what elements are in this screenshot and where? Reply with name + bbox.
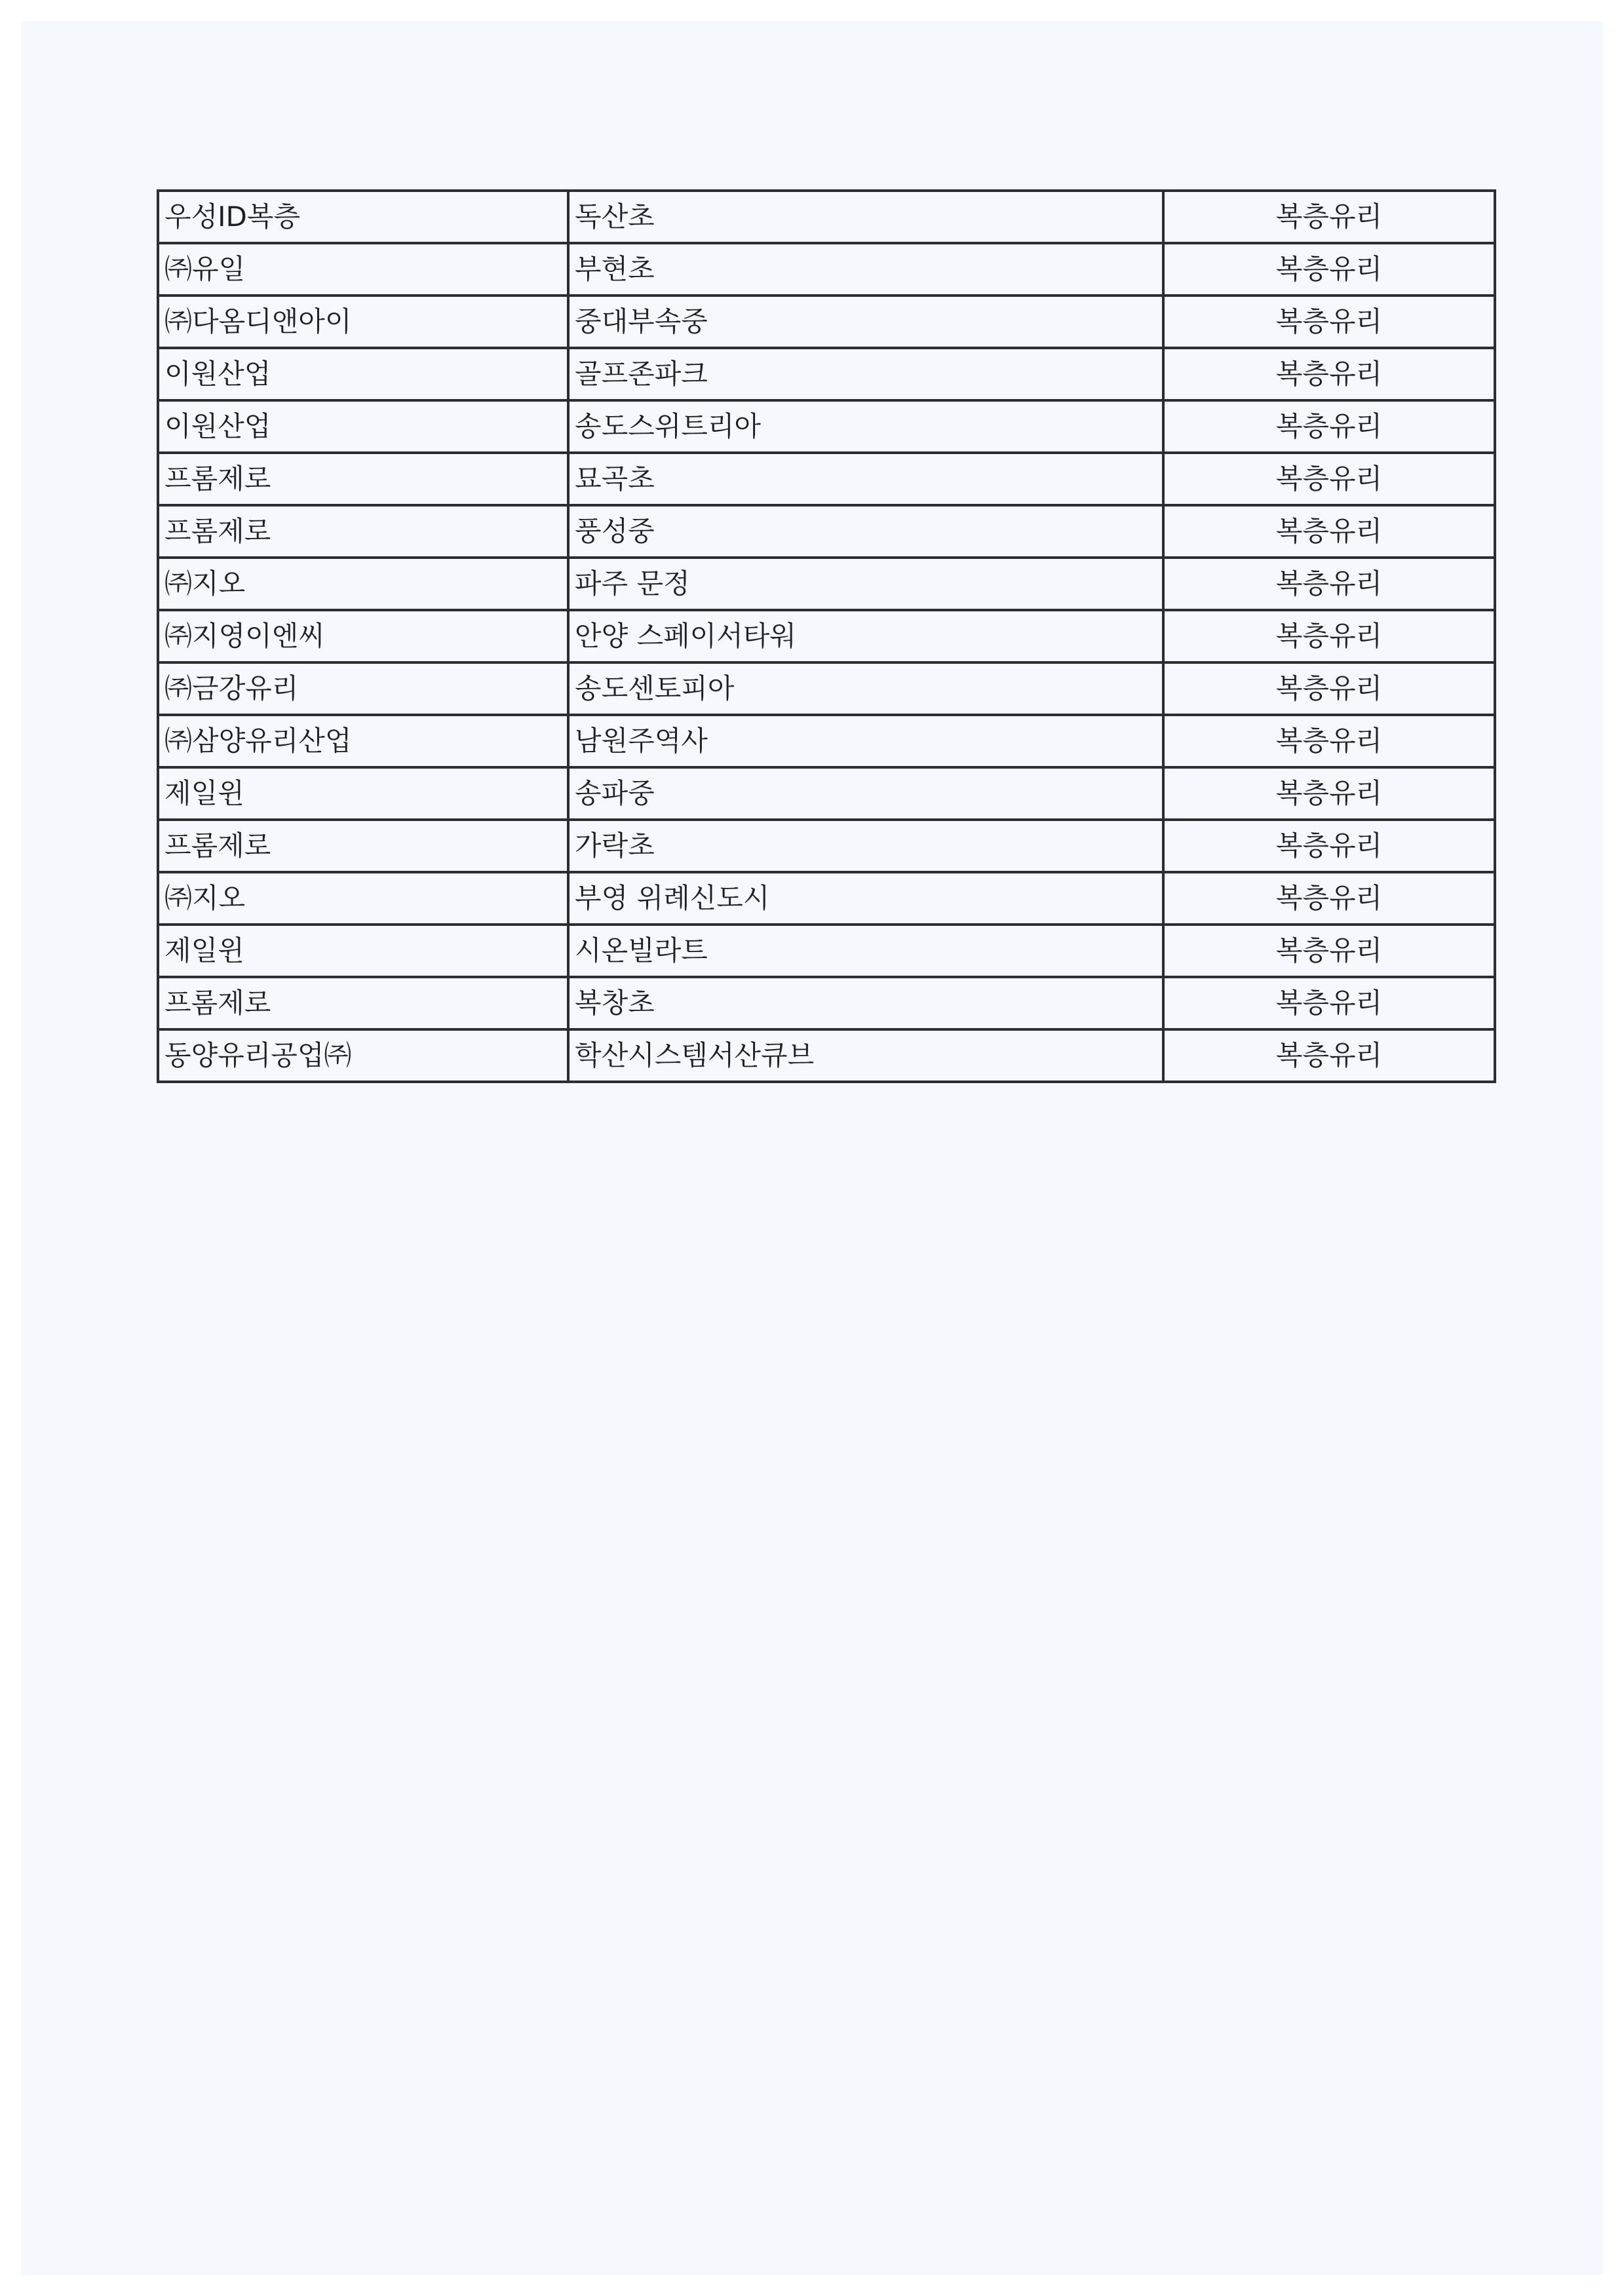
table-row: ㈜지오 파주 문정 복층유리	[158, 558, 1495, 610]
company-cell: ㈜지영이엔씨	[158, 610, 568, 662]
site-cell: 골프존파크	[568, 348, 1163, 400]
company-cell: ㈜유일	[158, 243, 568, 296]
product-cell: 복층유리	[1163, 662, 1495, 715]
table-row: 이원산업 골프존파크 복층유리	[158, 348, 1495, 400]
site-cell: 파주 문정	[568, 558, 1163, 610]
company-cell: 프롬제로	[158, 977, 568, 1029]
site-cell: 안양 스페이서타워	[568, 610, 1163, 662]
company-cell: 우성ID복층	[158, 191, 568, 243]
table-body: 우성ID복층 독산초 복층유리 ㈜유일 부현초 복층유리 ㈜다옴디앤아이 중대부…	[158, 191, 1495, 1082]
table-row: ㈜지오 부영 위례신도시 복층유리	[158, 872, 1495, 925]
table-row: 이원산업 송도스위트리아 복층유리	[158, 400, 1495, 453]
product-cell: 복층유리	[1163, 296, 1495, 348]
site-cell: 송도센토피아	[568, 662, 1163, 715]
company-cell: ㈜다옴디앤아이	[158, 296, 568, 348]
site-cell: 묘곡초	[568, 453, 1163, 505]
table-row: 프롬제로 풍성중 복층유리	[158, 505, 1495, 558]
site-cell: 시온빌라트	[568, 925, 1163, 977]
company-cell: ㈜금강유리	[158, 662, 568, 715]
company-cell: 프롬제로	[158, 453, 568, 505]
site-cell: 부현초	[568, 243, 1163, 296]
product-cell: 복층유리	[1163, 191, 1495, 243]
scanned-page: 우성ID복층 독산초 복층유리 ㈜유일 부현초 복층유리 ㈜다옴디앤아이 중대부…	[21, 21, 1603, 2275]
table-row: ㈜삼양유리산업 남원주역사 복층유리	[158, 715, 1495, 767]
company-cell: ㈜지오	[158, 872, 568, 925]
company-cell: 동양유리공업㈜	[158, 1029, 568, 1082]
table-row: 제일윈 송파중 복층유리	[158, 767, 1495, 820]
table-row: 프롬제로 복창초 복층유리	[158, 977, 1495, 1029]
table-row: 우성ID복층 독산초 복층유리	[158, 191, 1495, 243]
company-cell: ㈜지오	[158, 558, 568, 610]
company-cell: 프롬제로	[158, 820, 568, 872]
table-row: 프롬제로 묘곡초 복층유리	[158, 453, 1495, 505]
company-cell: 프롬제로	[158, 505, 568, 558]
site-cell: 복창초	[568, 977, 1163, 1029]
table-row: ㈜다옴디앤아이 중대부속중 복층유리	[158, 296, 1495, 348]
site-cell: 부영 위례신도시	[568, 872, 1163, 925]
table-row: 프롬제로 가락초 복층유리	[158, 820, 1495, 872]
table-row: ㈜지영이엔씨 안양 스페이서타워 복층유리	[158, 610, 1495, 662]
company-cell: 이원산업	[158, 348, 568, 400]
table-row: 동양유리공업㈜ 학산시스템서산큐브 복층유리	[158, 1029, 1495, 1082]
company-cell: 이원산업	[158, 400, 568, 453]
site-cell: 독산초	[568, 191, 1163, 243]
company-cell: ㈜삼양유리산업	[158, 715, 568, 767]
product-cell: 복층유리	[1163, 1029, 1495, 1082]
product-cell: 복층유리	[1163, 243, 1495, 296]
company-cell: 제일윈	[158, 925, 568, 977]
company-cell: 제일윈	[158, 767, 568, 820]
supply-record-table-container: 우성ID복층 독산초 복층유리 ㈜유일 부현초 복층유리 ㈜다옴디앤아이 중대부…	[157, 189, 1496, 1083]
product-cell: 복층유리	[1163, 558, 1495, 610]
site-cell: 가락초	[568, 820, 1163, 872]
product-cell: 복층유리	[1163, 400, 1495, 453]
product-cell: 복층유리	[1163, 715, 1495, 767]
site-cell: 중대부속중	[568, 296, 1163, 348]
site-cell: 남원주역사	[568, 715, 1163, 767]
product-cell: 복층유리	[1163, 925, 1495, 977]
product-cell: 복층유리	[1163, 767, 1495, 820]
product-cell: 복층유리	[1163, 348, 1495, 400]
product-cell: 복층유리	[1163, 872, 1495, 925]
table-row: ㈜유일 부현초 복층유리	[158, 243, 1495, 296]
table-row: ㈜금강유리 송도센토피아 복층유리	[158, 662, 1495, 715]
site-cell: 송파중	[568, 767, 1163, 820]
table-row: 제일윈 시온빌라트 복층유리	[158, 925, 1495, 977]
product-cell: 복층유리	[1163, 453, 1495, 505]
product-cell: 복층유리	[1163, 505, 1495, 558]
product-cell: 복층유리	[1163, 977, 1495, 1029]
site-cell: 학산시스템서산큐브	[568, 1029, 1163, 1082]
product-cell: 복층유리	[1163, 610, 1495, 662]
site-cell: 풍성중	[568, 505, 1163, 558]
supply-record-table: 우성ID복층 독산초 복층유리 ㈜유일 부현초 복층유리 ㈜다옴디앤아이 중대부…	[157, 189, 1496, 1083]
product-cell: 복층유리	[1163, 820, 1495, 872]
site-cell: 송도스위트리아	[568, 400, 1163, 453]
